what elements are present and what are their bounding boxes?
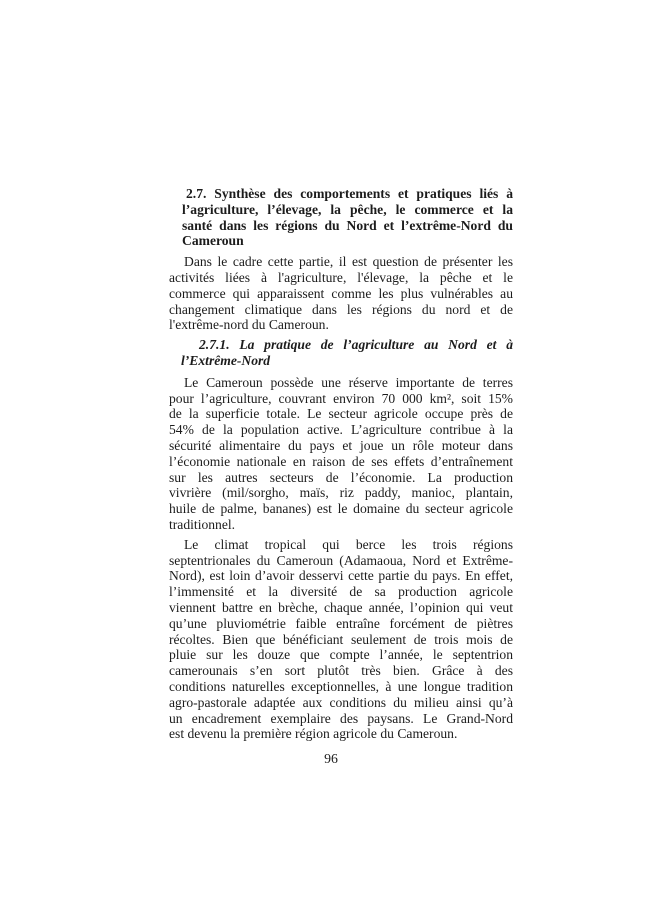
text-column: 2.7. Synthèse des comportements et prati… — [169, 186, 513, 767]
text-line: septentrionales du Cameroun (Adamaoua, N… — [169, 553, 513, 569]
section-heading: 2.7. Synthèse des comportements et prati… — [182, 186, 513, 249]
text-line: camerounais s’en sort plutôt très bien. … — [169, 663, 513, 679]
text-line: Le climat tropical qui berce les trois r… — [169, 537, 513, 553]
paragraph: Dans le cadre cette partie, il est quest… — [169, 254, 513, 333]
page-number: 96 — [324, 751, 338, 766]
text-line: pour l’agriculture, couvrant environ 70 … — [169, 391, 513, 407]
document-page: 2.7. Synthèse des comportements et prati… — [0, 0, 650, 920]
text-line: l’agriculture, l’élevage, la pêche, le c… — [182, 202, 513, 218]
text-line: huile de palme, bananes) est le domaine … — [169, 501, 513, 517]
text-line: l’Extrême-Nord — [181, 353, 513, 369]
text-line: de la superficie totale. Le secteur agri… — [169, 406, 513, 422]
text-line: vivrière (mil/sorgho, maïs, riz paddy, m… — [169, 485, 513, 501]
paragraph: Le Cameroun possède une réserve importan… — [169, 375, 513, 533]
text-line: agro-pastorale adaptée aux conditions du… — [169, 695, 513, 711]
text-line: viennent battre en brèche, chaque année,… — [169, 600, 513, 616]
text-line: commerce qui apparaissent comme les plus… — [169, 286, 513, 302]
text-line: Le Cameroun possède une réserve importan… — [169, 375, 513, 391]
text-line: activités liées à l'agriculture, l'éleva… — [169, 270, 513, 286]
text-line: un encadrement exemplaire des paysans. L… — [169, 711, 513, 727]
text-line: Dans le cadre cette partie, il est quest… — [169, 254, 513, 270]
text-line: l'extrême-nord du Cameroun. — [169, 317, 513, 333]
page-number-row: 96 — [159, 751, 503, 767]
text-line: pluie sur les douze que compte l’année, … — [169, 647, 513, 663]
text-line: récoltes. Bien que bénéficiant seulement… — [169, 632, 513, 648]
paragraph: Le climat tropical qui berce les trois r… — [169, 537, 513, 742]
text-line: l’immensité et la diversité de sa produc… — [169, 584, 513, 600]
text-blocks: 2.7. Synthèse des comportements et prati… — [169, 186, 513, 742]
text-line: santé dans les régions du Nord et l’extr… — [182, 218, 513, 234]
text-line: Cameroun — [182, 233, 513, 249]
text-line: traditionnel. — [169, 517, 513, 533]
subsection-heading: 2.7.1. La pratique de l’agriculture au N… — [181, 337, 513, 369]
text-line: 2.7. Synthèse des comportements et prati… — [182, 186, 513, 202]
text-line: Nord), est loin d’avoir desservi cette p… — [169, 568, 513, 584]
text-line: sécurité alimentaire du pays et joue un … — [169, 438, 513, 454]
text-line: est devenu la première région agricole d… — [169, 726, 513, 742]
text-line: 2.7.1. La pratique de l’agriculture au N… — [181, 337, 513, 353]
text-line: l’économie nationale en raison de ses ef… — [169, 454, 513, 470]
text-line: 54% de la population active. L’agricultu… — [169, 422, 513, 438]
text-line: sur les autres secteurs de l’économie. L… — [169, 470, 513, 486]
text-line: changement climatique dans les régions d… — [169, 302, 513, 318]
text-line: conditions naturelles exceptionnelles, à… — [169, 679, 513, 695]
text-line: qu’une pluviométrie faible entraîne forc… — [169, 616, 513, 632]
